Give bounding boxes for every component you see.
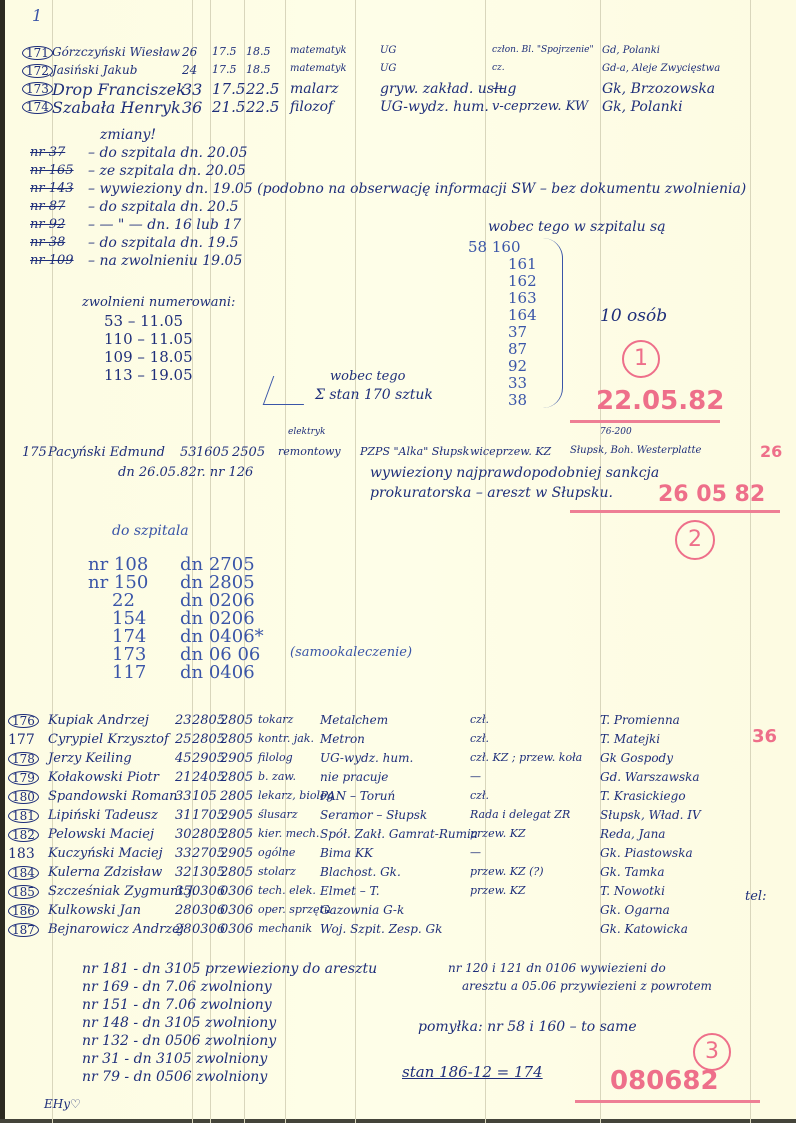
entry-to: 2805 <box>220 866 253 879</box>
hospital-number: 58 160 <box>468 240 521 255</box>
entry-to: 22.5 <box>246 82 279 97</box>
page-bottom-edge <box>0 1119 796 1123</box>
entry-to: 2905 <box>220 752 253 765</box>
entry-age: 28 <box>175 904 192 917</box>
entry-to: 2805 <box>220 714 253 727</box>
entry-age: 30 <box>175 828 192 841</box>
entry-from: 17.5 <box>212 46 237 57</box>
change-nr: nr 109 <box>30 254 74 267</box>
entry-note: czł. <box>470 790 489 801</box>
entry-name: Górzczyński Wiesław <box>52 46 180 58</box>
entry-note: Rada i delegat ZR <box>470 809 570 820</box>
entry-occupation: matematyk <box>290 46 347 56</box>
entry-note: czł. KZ ; przew. koła <box>470 752 582 763</box>
entry-workplace: UG-wydz. hum. <box>380 100 489 114</box>
column-line <box>285 0 286 1123</box>
hospital-number: 162 <box>508 274 537 289</box>
column-line <box>485 0 486 1123</box>
release-note: nr 169 - dn 7.06 zwolniony <box>82 980 272 994</box>
entry-occupation-top: elektryk <box>288 428 325 437</box>
entry-address: Gk. Tamka <box>600 866 665 878</box>
entry-name: Kulerna Zdzisław <box>48 866 162 879</box>
entry-to: 2505 <box>232 446 265 459</box>
stamp-date-3: 080682 <box>610 1068 719 1094</box>
stamp-date-1: 22.05.82 <box>596 388 724 414</box>
hospital-line-date: dn 0406 <box>180 664 255 682</box>
entry-to: 18.5 <box>246 64 271 75</box>
entry-from: 21.5 <box>212 100 245 115</box>
entry-note: wiceprzew. KZ <box>470 446 551 457</box>
entry-workplace: Woj. Szpit. Zesp. Gk <box>320 923 442 935</box>
release-note: nr 148 - dn 3105 zwolniony <box>82 1016 276 1030</box>
entry-nr: 187 <box>8 923 39 937</box>
entry-to: 2805 <box>220 828 253 841</box>
entry-nr: 178 <box>8 752 39 766</box>
entry-name: Cyrypiel Krzysztof <box>48 733 169 746</box>
entry-name: Drop Franciszek <box>52 82 186 98</box>
checkmark-icon <box>263 376 315 405</box>
state-total: stan 186-12 = 174 <box>402 1065 543 1080</box>
page-number: 1 <box>32 8 42 24</box>
entry-line-2: dn 26.05.82r. nr 126 <box>118 466 253 479</box>
entry-age: 32 <box>175 866 192 879</box>
entry-note: przew. KZ (?) <box>470 866 544 877</box>
stamp-number-1: 1 <box>622 340 660 378</box>
entry-to: 2905 <box>220 847 253 860</box>
entry-address-top: 76-200 <box>600 428 632 437</box>
entry-nr: 183 <box>8 847 35 861</box>
entry-nr: 172 <box>22 64 53 78</box>
hospital-total: 10 osób <box>600 308 667 325</box>
entry-to: 2805 <box>220 733 253 746</box>
entry-note: przew. KZ <box>470 885 526 896</box>
entry-age: 23 <box>175 714 192 727</box>
entry-to: 2905 <box>220 809 253 822</box>
hospital-number: 37 <box>508 325 527 340</box>
margin-number: 26 <box>760 444 782 460</box>
entry-age: 28 <box>175 923 192 936</box>
stamp-number-2: 2 <box>675 520 715 560</box>
stamp-underline <box>575 1100 760 1103</box>
entry-nr: 174 <box>22 100 53 114</box>
entry-name: Kulkowski Jan <box>48 904 141 917</box>
change-nr: nr 37 <box>30 146 65 159</box>
stamp-underline <box>570 420 720 423</box>
entry-occupation: ogólne <box>258 847 295 858</box>
entry-name: Jerzy Keiling <box>48 752 132 765</box>
entry-note: człon. Bl. "Spojrzenie" <box>492 46 594 55</box>
entry-workplace: Elmet – T. <box>320 885 380 897</box>
entry-occupation: filolog <box>258 752 293 763</box>
release-note: nr 31 - dn 3105 zwolniony <box>82 1052 267 1066</box>
change-text: – ze szpitala dn. 20.05 <box>88 164 246 178</box>
entry-address: Reda, Jana <box>600 828 665 840</box>
entry-workplace: Spół. Zakł. Gamrat-Rumia <box>320 828 478 840</box>
release-note: nr 151 - dn 7.06 zwolniony <box>82 998 272 1012</box>
entry-workplace: PZPS "Alka" Słupsk <box>360 446 469 457</box>
signature: EHy♡ <box>44 1098 81 1110</box>
hospital-line-note: (samookaleczenie) <box>290 646 412 659</box>
change-nr: nr 38 <box>30 236 65 249</box>
entry-to: 0306 <box>220 923 253 936</box>
entry-occupation: stolarz <box>258 866 296 877</box>
entry-to: 0306 <box>220 885 253 898</box>
entry-to: 2805 <box>220 790 253 803</box>
entry-address: Gk. Katowicka <box>600 923 688 935</box>
entry-name: Kołakowski Piotr <box>48 771 159 784</box>
entry-occupation: mechanik <box>258 923 312 934</box>
entry-name: Kuczyński Maciej <box>48 847 163 860</box>
entry-workplace: Blachost. Gk. <box>320 866 401 878</box>
entry-address: Gd. Warszawska <box>600 771 700 783</box>
change-nr: nr 165 <box>30 164 74 177</box>
entry-age: 31 <box>175 809 192 822</box>
change-text: – na zwolnieniu 19.05 <box>88 254 242 268</box>
release-note: nr 181 - dn 3105 przewieziony do aresztu <box>82 962 377 976</box>
entry-age: 21 <box>175 771 192 784</box>
entry-name: Kupiak Andrzej <box>48 714 149 727</box>
entry-note: czł. <box>470 714 489 725</box>
change-text: – do szpitala dn. 20.5 <box>88 200 239 214</box>
entry-address: T. Matejki <box>600 733 660 745</box>
hospital-number: 38 <box>508 393 527 408</box>
entry-name: Bejnarowicz Andrzej <box>48 923 184 936</box>
entry-line-3: prokuratorska – areszt w Słupsku. <box>370 486 613 500</box>
released-item: 110 – 11.05 <box>104 332 193 347</box>
hospital-heading: do szpitala <box>112 524 189 538</box>
released-item: 109 – 18.05 <box>104 350 193 365</box>
change-text: – do szpitala dn. 20.05 <box>88 146 248 160</box>
release-note: nr 132 - dn 0506 zwolniony <box>82 1034 276 1048</box>
entry-name: Szcześniak Zygmunt J. <box>48 885 196 898</box>
mistake-note: pomyłka: nr 58 i 160 – to same <box>418 1020 637 1034</box>
entry-workplace: PAN – Toruń <box>320 790 395 802</box>
entry-name: Jasiński Jakub <box>52 64 137 76</box>
page-left-edge <box>0 0 5 1123</box>
column-line <box>750 0 751 1123</box>
entry-nr: 175 <box>22 446 47 459</box>
entries-margin-number: 36 <box>752 728 777 746</box>
released-item: 113 – 19.05 <box>104 368 193 383</box>
entry-nr: 176 <box>8 714 39 728</box>
entry-occupation: ślusarz <box>258 809 298 820</box>
entry-occupation: kier. mech. <box>258 828 319 839</box>
entry-nr: 177 <box>8 733 35 747</box>
entry-occupation: remontowy <box>278 446 341 457</box>
hospital-number: 33 <box>508 376 527 391</box>
released-heading: zwolnieni numerowani: <box>82 296 235 309</box>
entry-note: przew. KZ <box>470 828 526 839</box>
change-text: – do szpitala dn. 19.5 <box>88 236 239 250</box>
entry-from: 17.5 <box>212 82 245 97</box>
summary-line-2: Σ stan 170 sztuk <box>315 388 433 402</box>
entry-workplace: Metalchem <box>320 714 388 726</box>
entry-address: T. Krasickiego <box>600 790 686 802</box>
entry-name: Pelowski Maciej <box>48 828 154 841</box>
entry-address: Słupsk, Wład. IV <box>600 809 701 821</box>
entry-name: Lipiński Tadeusz <box>48 809 158 822</box>
hospital-number: 92 <box>508 359 527 374</box>
entry-note: cz. <box>492 64 505 73</box>
entry-address: Gk. Ogarna <box>600 904 670 916</box>
entry-occupation: malarz <box>290 82 339 96</box>
entry-nr: 173 <box>22 82 53 96</box>
entry-occupation: kontr. jak. <box>258 733 314 744</box>
changes-heading: zmiany! <box>100 128 156 142</box>
change-nr: nr 143 <box>30 182 74 195</box>
entry-age: 53 <box>180 446 197 459</box>
change-nr: nr 87 <box>30 200 65 213</box>
entry-age: 35 <box>175 885 192 898</box>
summary-line-1: wobec tego <box>330 370 405 383</box>
entry-nr: 184 <box>8 866 39 880</box>
entry-age: 33 <box>175 790 192 803</box>
entry-workplace: Metron <box>320 733 365 745</box>
change-text: – wywieziony dn. 19.05 (podobno na obser… <box>88 182 746 196</box>
entry-address: Gd-a, Aleje Zwycięstwa <box>602 64 720 74</box>
entry-address: T. Nowotki <box>600 885 665 897</box>
ledger-page: 1 171Górzczyński Wiesław2617.518.5matema… <box>0 0 796 1123</box>
column-line <box>355 0 356 1123</box>
entry-address: Słupsk, Boh. Westerplatte <box>570 446 701 456</box>
brace <box>540 238 563 408</box>
entry-workplace: UG-wydz. hum. <box>320 752 413 764</box>
entry-workplace: Bima KK <box>320 847 373 859</box>
entry-nr: 179 <box>8 771 39 785</box>
hospital-number: 163 <box>508 291 537 306</box>
hospital-number: 87 <box>508 342 527 357</box>
entry-note: — <box>470 847 481 858</box>
hospital-number: 161 <box>508 257 537 272</box>
entry-to: 2805 <box>220 771 253 784</box>
entry-address: Gk Gospody <box>600 752 673 764</box>
entry-age: 26 <box>182 46 197 58</box>
entry-nr: 171 <box>22 46 53 60</box>
entry-age: 24 <box>182 64 197 76</box>
entry-occupation: tech. elek. <box>258 885 316 896</box>
entry-nr: 182 <box>8 828 39 842</box>
release-note: nr 79 - dn 0506 zwolniony <box>82 1070 267 1084</box>
entry-address: Gd, Polanki <box>602 46 660 56</box>
entry-age: 33 <box>182 82 202 98</box>
entry-to: 0306 <box>220 904 253 917</box>
change-nr: nr 92 <box>30 218 65 231</box>
released-item: 53 – 11.05 <box>104 314 183 329</box>
entry-to: 18.5 <box>246 46 271 57</box>
hospital-number: 164 <box>508 308 537 323</box>
entry-address: Gk. Piastowska <box>600 847 693 859</box>
stamp-date-2: 26 05 82 <box>658 484 765 506</box>
entry-address: Gk, Polanki <box>602 100 683 114</box>
entry-note: v-ceprzew. KW <box>492 100 588 113</box>
entry-nr: 181 <box>8 809 39 823</box>
entry-occupation: matematyk <box>290 64 347 74</box>
arrest-note-2: aresztu a 05.06 przywiezieni z powrotem <box>462 980 712 992</box>
entry-workplace: UG <box>380 64 396 74</box>
entry-name: Spandowski Roman <box>48 790 178 803</box>
entry-to: 22.5 <box>246 100 279 115</box>
entry-nr: 186 <box>8 904 39 918</box>
entry-age: 33 <box>175 847 192 860</box>
entry-occupation: tokarz <box>258 714 293 725</box>
tel-label: tel: <box>745 890 766 903</box>
arrest-note-1: nr 120 i 121 dn 0106 wywiezieni do <box>448 962 666 974</box>
entry-age: 45 <box>175 752 192 765</box>
entry-age: 25 <box>175 733 192 746</box>
column-line <box>600 0 601 1123</box>
entry-note: — <box>470 771 481 782</box>
entry-nr: 185 <box>8 885 39 899</box>
change-text: – — " — dn. 16 lub 17 <box>88 218 241 232</box>
entry-occupation: b. zaw. <box>258 771 296 782</box>
entry-workplace: UG <box>380 46 396 56</box>
entry-occupation: filozof <box>290 100 333 114</box>
entry-from: 1605 <box>196 446 229 459</box>
entry-address: Gk, Brzozowska <box>602 82 715 96</box>
entry-note: — <box>492 82 505 95</box>
entry-workplace: Gazownia G-k <box>320 904 404 916</box>
hospital-line-nr: 117 <box>112 664 146 682</box>
hospital-count-note: wobec tego w szpitalu są <box>488 220 666 234</box>
entry-note: czł. <box>470 733 489 744</box>
entry-age: 36 <box>182 100 202 116</box>
entry-address: T. Promienna <box>600 714 680 726</box>
entry-name: Pacyński Edmund <box>48 446 165 459</box>
stamp-underline <box>570 510 780 513</box>
entry-name: Szabała Henryk <box>52 100 181 116</box>
entry-workplace: nie pracuje <box>320 771 388 783</box>
entry-from: 17.5 <box>212 64 237 75</box>
entry-workplace: Seramor – Słupsk <box>320 809 427 821</box>
entry-nr: 180 <box>8 790 39 804</box>
entry-line-2-right: wywieziony najprawdopodobniej sankcja <box>370 466 659 480</box>
entry-from: 105 <box>192 790 217 803</box>
